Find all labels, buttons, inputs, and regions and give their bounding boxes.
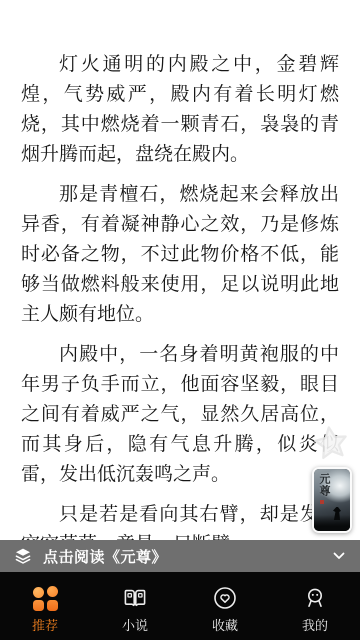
reading-area[interactable]: 灯火通明的内殿之中，金碧辉煌，气势威严，殿内有着长明灯燃烧，其中燃烧着一颗青石，… — [0, 0, 360, 540]
bottom-tab-bar: 推荐 小说 收藏 — [0, 572, 360, 640]
floating-book-cover[interactable]: 元尊 — [312, 467, 352, 533]
star-watermark-icon — [308, 420, 353, 465]
tab-mine[interactable]: 我的 — [270, 572, 360, 640]
tab-label-novel: 小说 — [122, 615, 148, 634]
book-icon — [122, 585, 148, 611]
read-now-banner[interactable]: 点击阅读《元尊》 — [0, 540, 360, 572]
tab-recommend[interactable]: 推荐 — [0, 572, 90, 640]
chevron-down-icon[interactable] — [331, 548, 347, 564]
seal-mark — [320, 500, 324, 504]
tab-collection[interactable]: 收藏 — [180, 572, 270, 640]
heart-icon — [212, 585, 238, 611]
novel-paragraph: 只是若是看向其右臂，却是发现空空荡荡，竟是一只断臂。 — [21, 500, 339, 540]
book-cover-art: 元尊 — [314, 469, 350, 531]
novel-paragraph: 灯火通明的内殿之中，金碧辉煌，气势威严，殿内有着长明灯燃烧，其中燃烧着一颗青石，… — [21, 50, 339, 170]
layers-icon — [13, 546, 33, 566]
tab-label-mine: 我的 — [302, 615, 328, 634]
tab-label-collection: 收藏 — [212, 615, 238, 634]
app-screen: 灯火通明的内殿之中，金碧辉煌，气势威严，殿内有着长明灯燃烧，其中燃烧着一颗青石，… — [0, 0, 360, 640]
book-cover-title: 元尊 — [316, 473, 332, 497]
figure-silhouette — [333, 507, 341, 520]
grid-icon — [32, 585, 58, 611]
tab-label-recommend: 推荐 — [32, 615, 58, 634]
novel-paragraph: 内殿中，一名身着明黄袍服的中年男子负手而立，他面容坚毅，眼目之间有着威严之气，显… — [21, 340, 339, 490]
novel-paragraph: 那是青檀石，燃烧起来会释放出异香，有着凝神静心之效，乃是修炼时必备之物，不过此物… — [21, 180, 339, 330]
banner-label: 点击阅读《元尊》 — [43, 546, 167, 567]
profile-icon — [302, 585, 328, 611]
tab-novel[interactable]: 小说 — [90, 572, 180, 640]
